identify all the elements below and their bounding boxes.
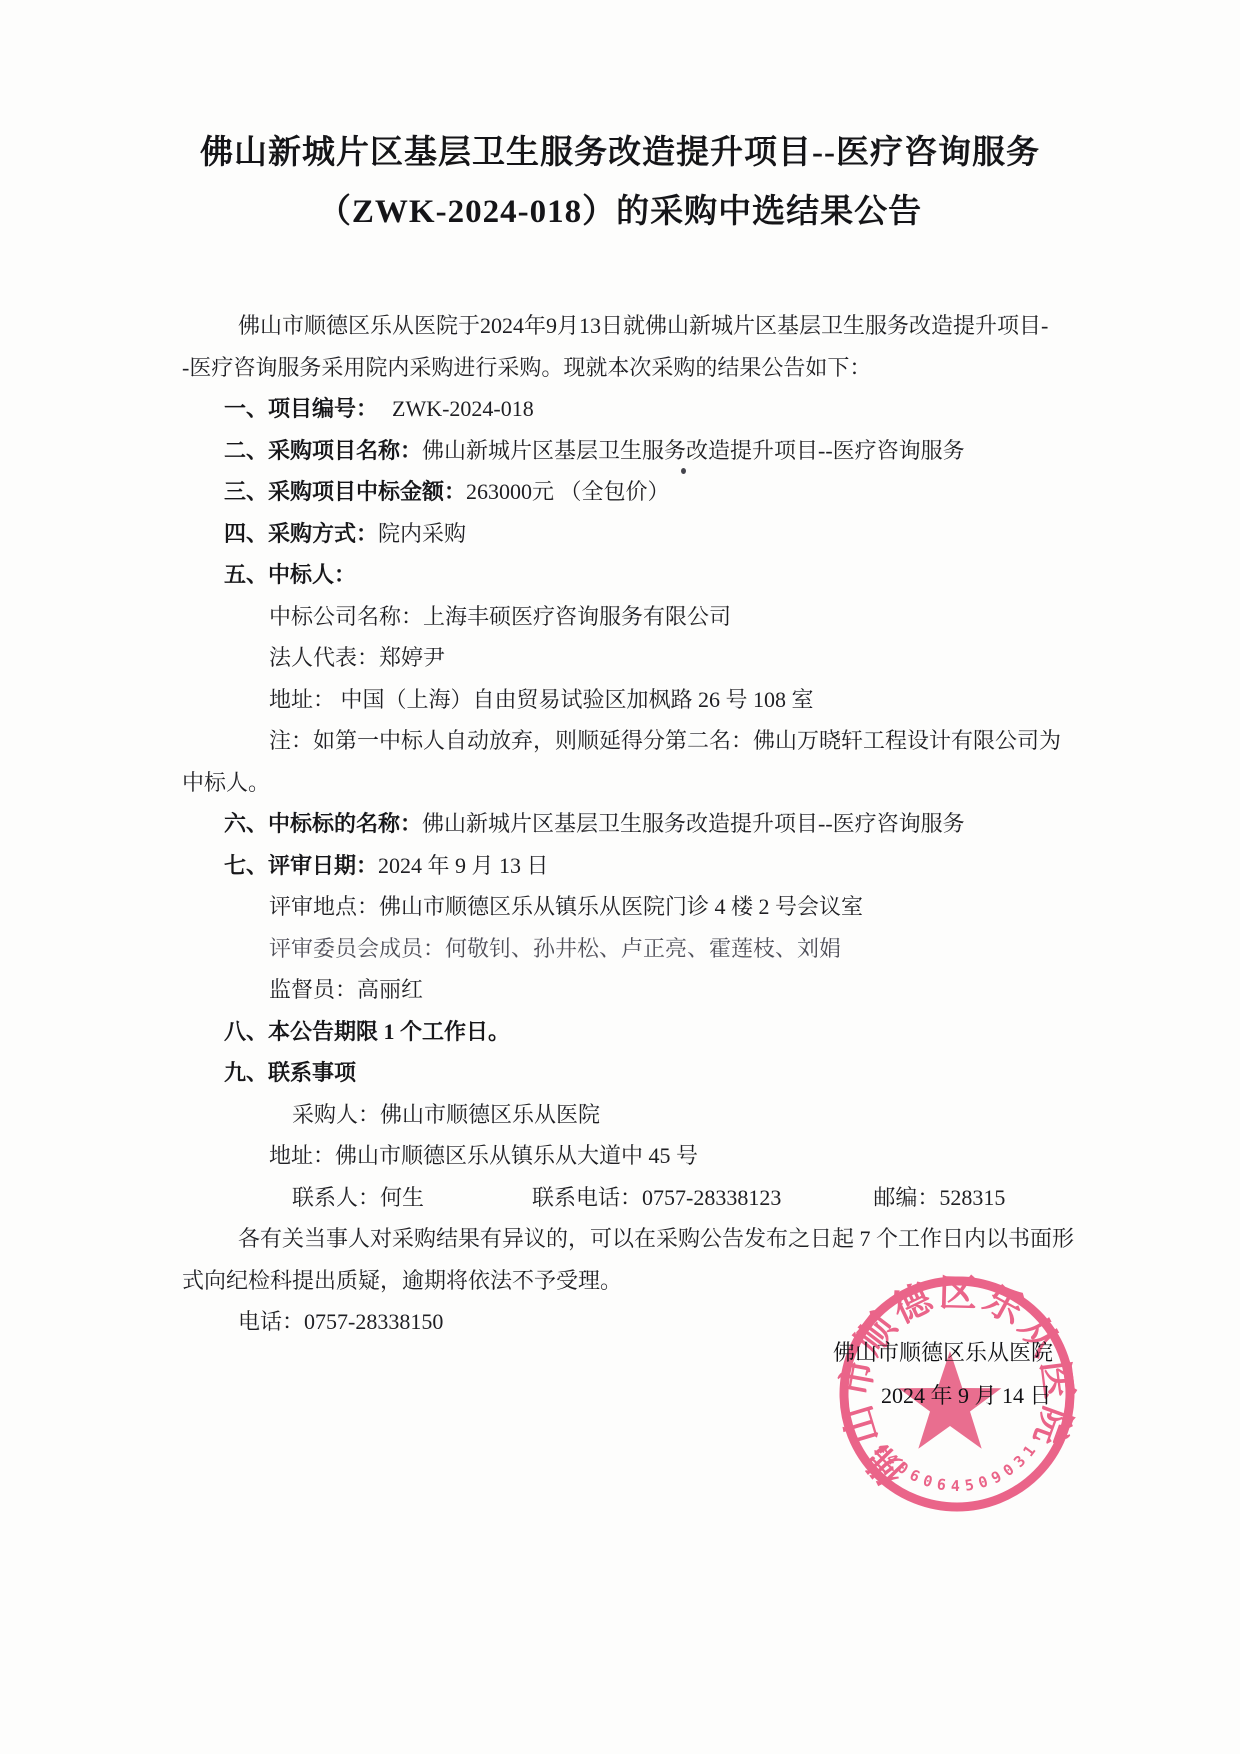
winner-address-line: 地址： 中国（上海）自由贸易试验区加枫路 26 号 108 室 (182, 679, 1068, 721)
item-project-number: 一、项目编号：ZWK-2024-018 (182, 388, 1068, 430)
winner-note-paragraph: 注：如第一中标人自动放弃，则顺延得分第二名：佛山万晓轩工程设计有限公司为中标人。 (182, 720, 1068, 803)
item-contact-heading: 九、联系事项 (182, 1052, 1068, 1094)
title-line-2: （ZWK-2024-018）的采购中选结果公告 (0, 183, 1240, 242)
item-award-subject: 六、中标标的名称：佛山新城片区基层卫生服务改造提升项目--医疗咨询服务 (182, 803, 1068, 845)
item-value: 佛山新城片区基层卫生服务改造提升项目--医疗咨询服务 (422, 438, 965, 463)
item-label: 四、采购方式： (224, 521, 378, 546)
item-project-name: 二、采购项目名称：佛山新城片区基层卫生服务改造提升项目--医疗咨询服务 (182, 430, 1068, 472)
item-notice-period: 八、本公告期限 1 个工作日。 (182, 1011, 1068, 1053)
contact-buyer-line: 采购人：佛山市顺德区乐从医院 (182, 1094, 1068, 1136)
item-value: 2024 年 9 月 13 日 (378, 853, 549, 878)
item-label: 五、中标人： (224, 562, 356, 587)
item-label: 三、采购项目中标金额： (224, 479, 466, 504)
item-value: ZWK-2024-018 (392, 396, 534, 421)
item-review-date: 七、评审日期：2024 年 9 月 13 日 (182, 845, 1068, 887)
document-body: 佛山市顺德区乐从医院于2024年9月13日就佛山新城片区基层卫生服务改造提升项目… (182, 305, 1068, 1343)
signature-date: 2024 年 9 月 14 日 (881, 1381, 1052, 1411)
contact-row: 联系人：何生 联系电话：0757-28338123 邮编：528315 (182, 1177, 1068, 1219)
scan-noise-dot (681, 468, 686, 474)
review-supervisor-line: 监督员：高丽红 (182, 969, 1068, 1011)
winner-representative-line: 法人代表：郑婷尹 (182, 637, 1068, 679)
item-label: 六、中标标的名称： (224, 811, 422, 836)
item-procurement-method: 四、采购方式：院内采购 (182, 513, 1068, 555)
review-committee-line: 评审委员会成员：何敬钊、孙井松、卢正亮、霍莲枝、刘娟 (182, 928, 1068, 970)
announcement-document: 佛山新城片区基层卫生服务改造提升项目--医疗咨询服务 （ZWK-2024-018… (0, 0, 1240, 1754)
item-label: 一、项目编号： (224, 396, 378, 421)
item-value: 院内采购 (378, 521, 466, 546)
document-title: 佛山新城片区基层卫生服务改造提升项目--医疗咨询服务 （ZWK-2024-018… (0, 124, 1240, 242)
contact-phone: 联系电话：0757-28338123 (532, 1177, 781, 1219)
item-value: 佛山新城片区基层卫生服务改造提升项目--医疗咨询服务 (422, 811, 965, 836)
review-place-line: 评审地点：佛山市顺德区乐从镇乐从医院门诊 4 楼 2 号会议室 (182, 886, 1068, 928)
item-winner-heading: 五、中标人： (182, 554, 1068, 596)
item-label: 七、评审日期： (224, 853, 378, 878)
item-award-amount: 三、采购项目中标金额：263000元 （全包价） (182, 471, 1068, 513)
title-line-1: 佛山新城片区基层卫生服务改造提升项目--医疗咨询服务 (0, 124, 1240, 183)
signature-organization: 佛山市顺德区乐从医院 (833, 1338, 1053, 1368)
contact-zip: 邮编：528315 (873, 1177, 1005, 1219)
item-value: 263000元 （全包价） (466, 479, 670, 504)
contact-person: 联系人：何生 (292, 1177, 424, 1219)
contact-address-line: 地址：佛山市顺德区乐从镇乐从大道中 45 号 (182, 1135, 1068, 1177)
winner-company-line: 中标公司名称：上海丰硕医疗咨询服务有限公司 (182, 596, 1068, 638)
item-label: 二、采购项目名称： (224, 438, 422, 463)
intro-paragraph: 佛山市顺德区乐从医院于2024年9月13日就佛山新城片区基层卫生服务改造提升项目… (182, 305, 1050, 388)
